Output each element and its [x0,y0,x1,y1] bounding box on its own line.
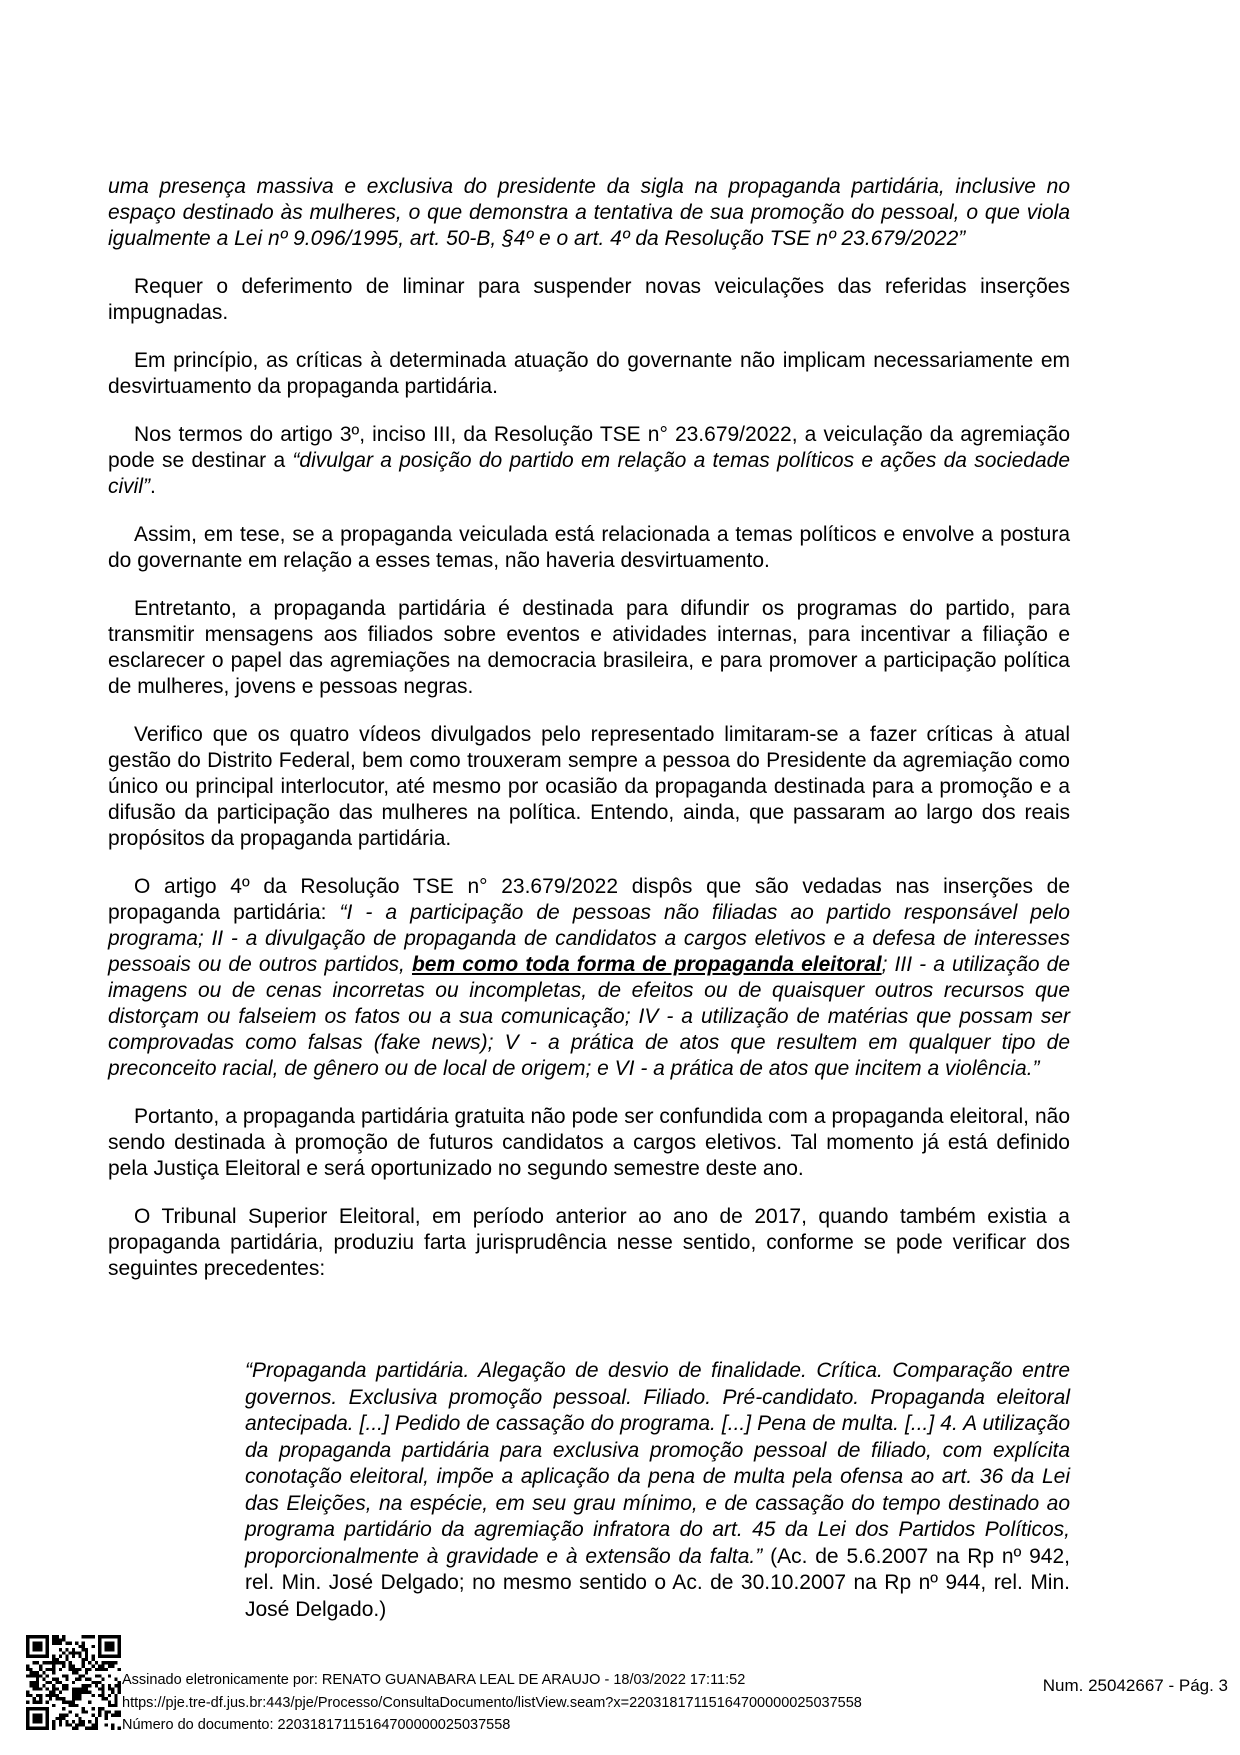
document-page: uma presença massiva e exclusiva do pres… [0,0,1240,1755]
document-body: uma presença massiva e exclusiva do pres… [108,174,1070,1623]
paragraph-artigo-4: O artigo 4º da Resolução TSE n° 23.679/2… [108,874,1070,1082]
paragraph-artigo-4-emphasis: bem como toda forma de propaganda eleito… [412,953,882,976]
page-number-label: Num. 25042667 - Pág. 3 [1043,1676,1228,1696]
paragraph-assim-em-tese: Assim, em tese, se a propaganda veiculad… [108,522,1070,574]
paragraph-portanto: Portanto, a propaganda partidária gratui… [108,1104,1070,1182]
paragraph-em-principio: Em princípio, as críticas à determinada … [108,348,1070,400]
paragraph-entretanto: Entretanto, a propaganda partidária é de… [108,596,1070,700]
precedent-blockquote: “Propaganda partidária. Alegação de desv… [245,1358,1070,1623]
signature-footer: Assinado eletronicamente por: RENATO GUA… [122,1669,862,1737]
paragraph-artigo-3: Nos termos do artigo 3º, inciso III, da … [108,422,1070,500]
paragraph-liminar-request: Requer o deferimento de liminar para sus… [108,274,1070,326]
qr-code-image [26,1635,121,1730]
qr-code-icon [26,1635,121,1730]
precedent-quote-text: “Propaganda partidária. Alegação de desv… [245,1359,1070,1568]
document-url: https://pje.tre-df.jus.br:443/pje/Proces… [122,1692,862,1715]
document-number: Número do documento: 2203181711516470000… [122,1714,862,1737]
paragraph-petition-quote-continuation: uma presença massiva e exclusiva do pres… [108,174,1070,252]
paragraph-artigo-3-tail: . [150,475,156,498]
signature-line: Assinado eletronicamente por: RENATO GUA… [122,1669,862,1692]
paragraph-tse-jurisprudencia: O Tribunal Superior Eleitoral, em períod… [108,1204,1070,1282]
paragraph-verifico: Verifico que os quatro vídeos divulgados… [108,722,1070,852]
